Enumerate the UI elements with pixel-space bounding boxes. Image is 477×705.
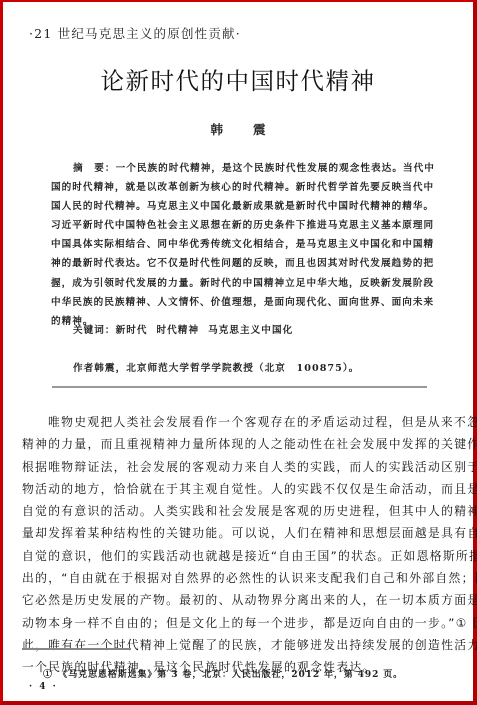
body-line: 动物本身一样不自由的；但是文化上的每一个进步，都是迈向自由的一步。”① 因: [22, 612, 456, 634]
abstract-line: 中华民族的民族精神、人文情怀、价值理想，是面向现代化、面向世界、面向未来: [51, 293, 429, 312]
keywords: 关键词：新时代时代精神马克思主义中国化: [73, 322, 302, 336]
abstract-line: 国人民的时代精神。马克思主义中国化最新成果就是新时代中国时代精神的精华。: [51, 197, 429, 216]
body-line: 出的，“自由就在于根据对自然界的必然性的认识来支配我们自己和外部自然；因此: [22, 567, 456, 589]
abstract-label: 摘 要：: [73, 163, 116, 174]
body-line: 唯物史观把人类社会发展看作一个客观存在的矛盾运动过程，但是从来不忽视: [22, 411, 456, 433]
abstract-line: 中国具体实际相结合、同中华优秀传统文化相结合，是马克思主义中国化和中国精: [51, 235, 429, 254]
body-line: 此，唯有在一个时代精神上觉醒了的民族，才能够迸发出持续发展的创造性活力。: [22, 634, 456, 656]
header-separator: [52, 386, 427, 388]
article-title: 论新时代的中国时代精神: [3, 62, 473, 96]
body-line: 它必然是历史发展的产物。最初的、从动物界分离出来的人，在一切本质方面是和: [22, 589, 456, 611]
author-affiliation: 作者韩震，北京师范大学哲学学院教授（北京 100875）。: [73, 360, 359, 374]
author-name: 韩震: [3, 120, 473, 138]
body-line: 物活动的地方，恰恰就在于其主观自觉性。人的实践不仅仅是生命活动，而且是人: [22, 478, 456, 500]
keywords-label: 关键词：: [73, 325, 116, 336]
footnote-separator: [22, 648, 131, 650]
body-line: 自觉的有意识的活动。人类实践和社会发展是客观的历史进程，但其中人的精神力: [22, 500, 456, 522]
keyword: 马克思主义中国化: [208, 325, 293, 336]
abstract-line: 摘 要：一个民族的时代精神，是这个民族时代性发展的观念性表达。当代中: [51, 159, 429, 178]
body-paragraph: 唯物史观把人类社会发展看作一个客观存在的矛盾运动过程，但是从来不忽视 精神的力量…: [22, 411, 456, 679]
keyword: 新时代: [116, 325, 148, 336]
abstract-line: 神的最新时代表达。它不仅是时代性问题的反映，而且也因其对时代发展趋势的把: [51, 254, 429, 273]
keyword: 时代精神: [157, 325, 200, 336]
body-line: 精神的力量，而且重视精神力量所体现的人之能动性在社会发展中发挥的关键作用。: [22, 433, 456, 455]
abstract-line: 握，成为引领时代发展的力量。新时代的中国精神立足中华大地，反映新发展阶段: [51, 274, 429, 293]
abstract-line: 习近平新时代中国特色社会主义思想在新的历史条件下推进马克思主义基本原理同: [51, 216, 429, 235]
journal-page: ·21 世纪马克思主义的原创性贡献· 论新时代的中国时代精神 韩震 摘 要：一个…: [0, 0, 477, 705]
body-line: 自觉的意识，他们的实践活动也就越是接近“自由王国”的状态。正如恩格斯所指: [22, 545, 456, 567]
body-line: 根据唯物辩证法，社会发展的客观动力来自人类的实践，而人的实践活动区别于动: [22, 456, 456, 478]
page-number: · 4 ·: [29, 682, 58, 692]
abstract: 摘 要：一个民族的时代精神，是这个民族时代性发展的观念性表达。当代中 国的时代精…: [51, 159, 429, 331]
author-surname: 韩: [210, 122, 223, 137]
column-label: ·21 世纪马克思主义的原创性贡献·: [29, 24, 241, 42]
abstract-line: 国的时代精神，就是以改革创新为核心的时代精神。新时代哲学首先要反映当代中: [51, 178, 429, 197]
footnote: ① 《马克思恩格斯选集》第 3 卷，北京：人民出版社，2012 年，第 492 …: [43, 667, 403, 680]
body-line: 量却发挥着某种结构性的关键功能。可以说，人们在精神和思想层面越是具有自主: [22, 522, 456, 544]
author-given-name: 震: [253, 122, 266, 137]
